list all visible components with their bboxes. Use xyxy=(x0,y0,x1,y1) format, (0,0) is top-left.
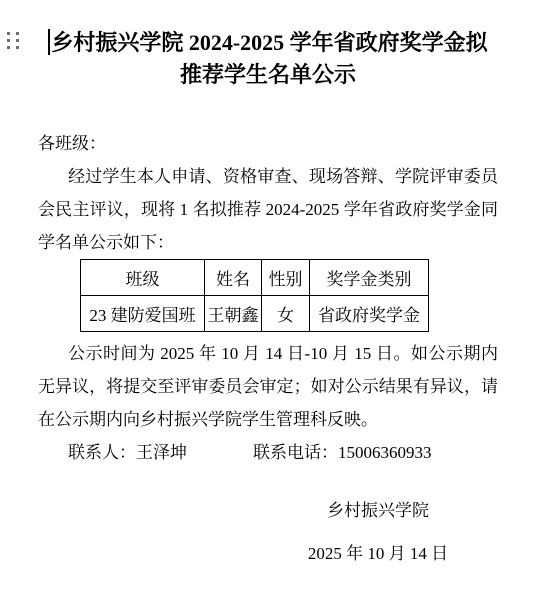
dot xyxy=(7,32,10,35)
table-header-name[interactable]: 姓名 xyxy=(205,260,262,296)
doc-title-line1[interactable]: 乡村振兴学院 2024-2025 学年省政府奖学金拟 xyxy=(38,27,498,59)
drag-handle-icon[interactable] xyxy=(7,32,19,49)
table-cell-type[interactable]: 省政府奖学金 xyxy=(310,296,429,332)
document-page: 乡村振兴学院 2024-2025 学年省政府奖学金拟 推荐学生名单公示 各班级：… xyxy=(38,0,498,469)
contact-person-value[interactable]: 王泽坤 xyxy=(136,443,187,462)
dot xyxy=(7,39,10,42)
table-header-sex[interactable]: 性别 xyxy=(262,260,310,296)
table-cell-name[interactable]: 王朝鑫 xyxy=(205,296,262,332)
doc-title[interactable]: 乡村振兴学院 2024-2025 学年省政府奖学金拟 推荐学生名单公示 xyxy=(38,27,498,91)
doc-title-line1-text[interactable]: 乡村振兴学院 2024-2025 学年省政府奖学金拟 xyxy=(51,30,487,55)
table-row: 23 建防爱国班 王朝鑫 女 省政府奖学金 xyxy=(81,296,429,332)
dot xyxy=(16,32,19,35)
table-cell-class[interactable]: 23 建防爱国班 xyxy=(81,296,205,332)
contact-person-label: 联系人： xyxy=(68,443,136,462)
table-cell-sex[interactable]: 女 xyxy=(262,296,310,332)
signature-org[interactable]: 乡村振兴学院 xyxy=(280,494,476,527)
table-header-row: 班级 姓名 性别 奖学金类别 xyxy=(81,260,429,296)
notice-paragraph[interactable]: 公示时间为 2025 年 10 月 14 日-10 月 15 日。如公示期内无异… xyxy=(38,337,498,436)
table-header-class[interactable]: 班级 xyxy=(81,260,205,296)
contact-phone-label: 联系电话： xyxy=(253,443,338,462)
intro-paragraph[interactable]: 经过学生本人申请、资格审查、现场答辩、学院评审委员会民主评议，现将 1 名拟推荐… xyxy=(38,160,498,259)
dot xyxy=(7,46,10,49)
signature-block: 乡村振兴学院 2025 年 10 月 14 日 xyxy=(280,494,476,570)
contact-line[interactable]: 联系人：王泽坤联系电话：15006360933 xyxy=(68,436,498,469)
recommendation-table: 班级 姓名 性别 奖学金类别 23 建防爱国班 王朝鑫 女 省政府奖学金 xyxy=(80,259,429,332)
signature-date[interactable]: 2025 年 10 月 14 日 xyxy=(280,537,476,570)
doc-title-line2[interactable]: 推荐学生名单公示 xyxy=(38,59,498,91)
contact-phone-value[interactable]: 15006360933 xyxy=(338,443,432,462)
table-header-type[interactable]: 奖学金类别 xyxy=(310,260,429,296)
dot xyxy=(16,46,19,49)
dot xyxy=(16,39,19,42)
salutation[interactable]: 各班级： xyxy=(38,127,498,160)
